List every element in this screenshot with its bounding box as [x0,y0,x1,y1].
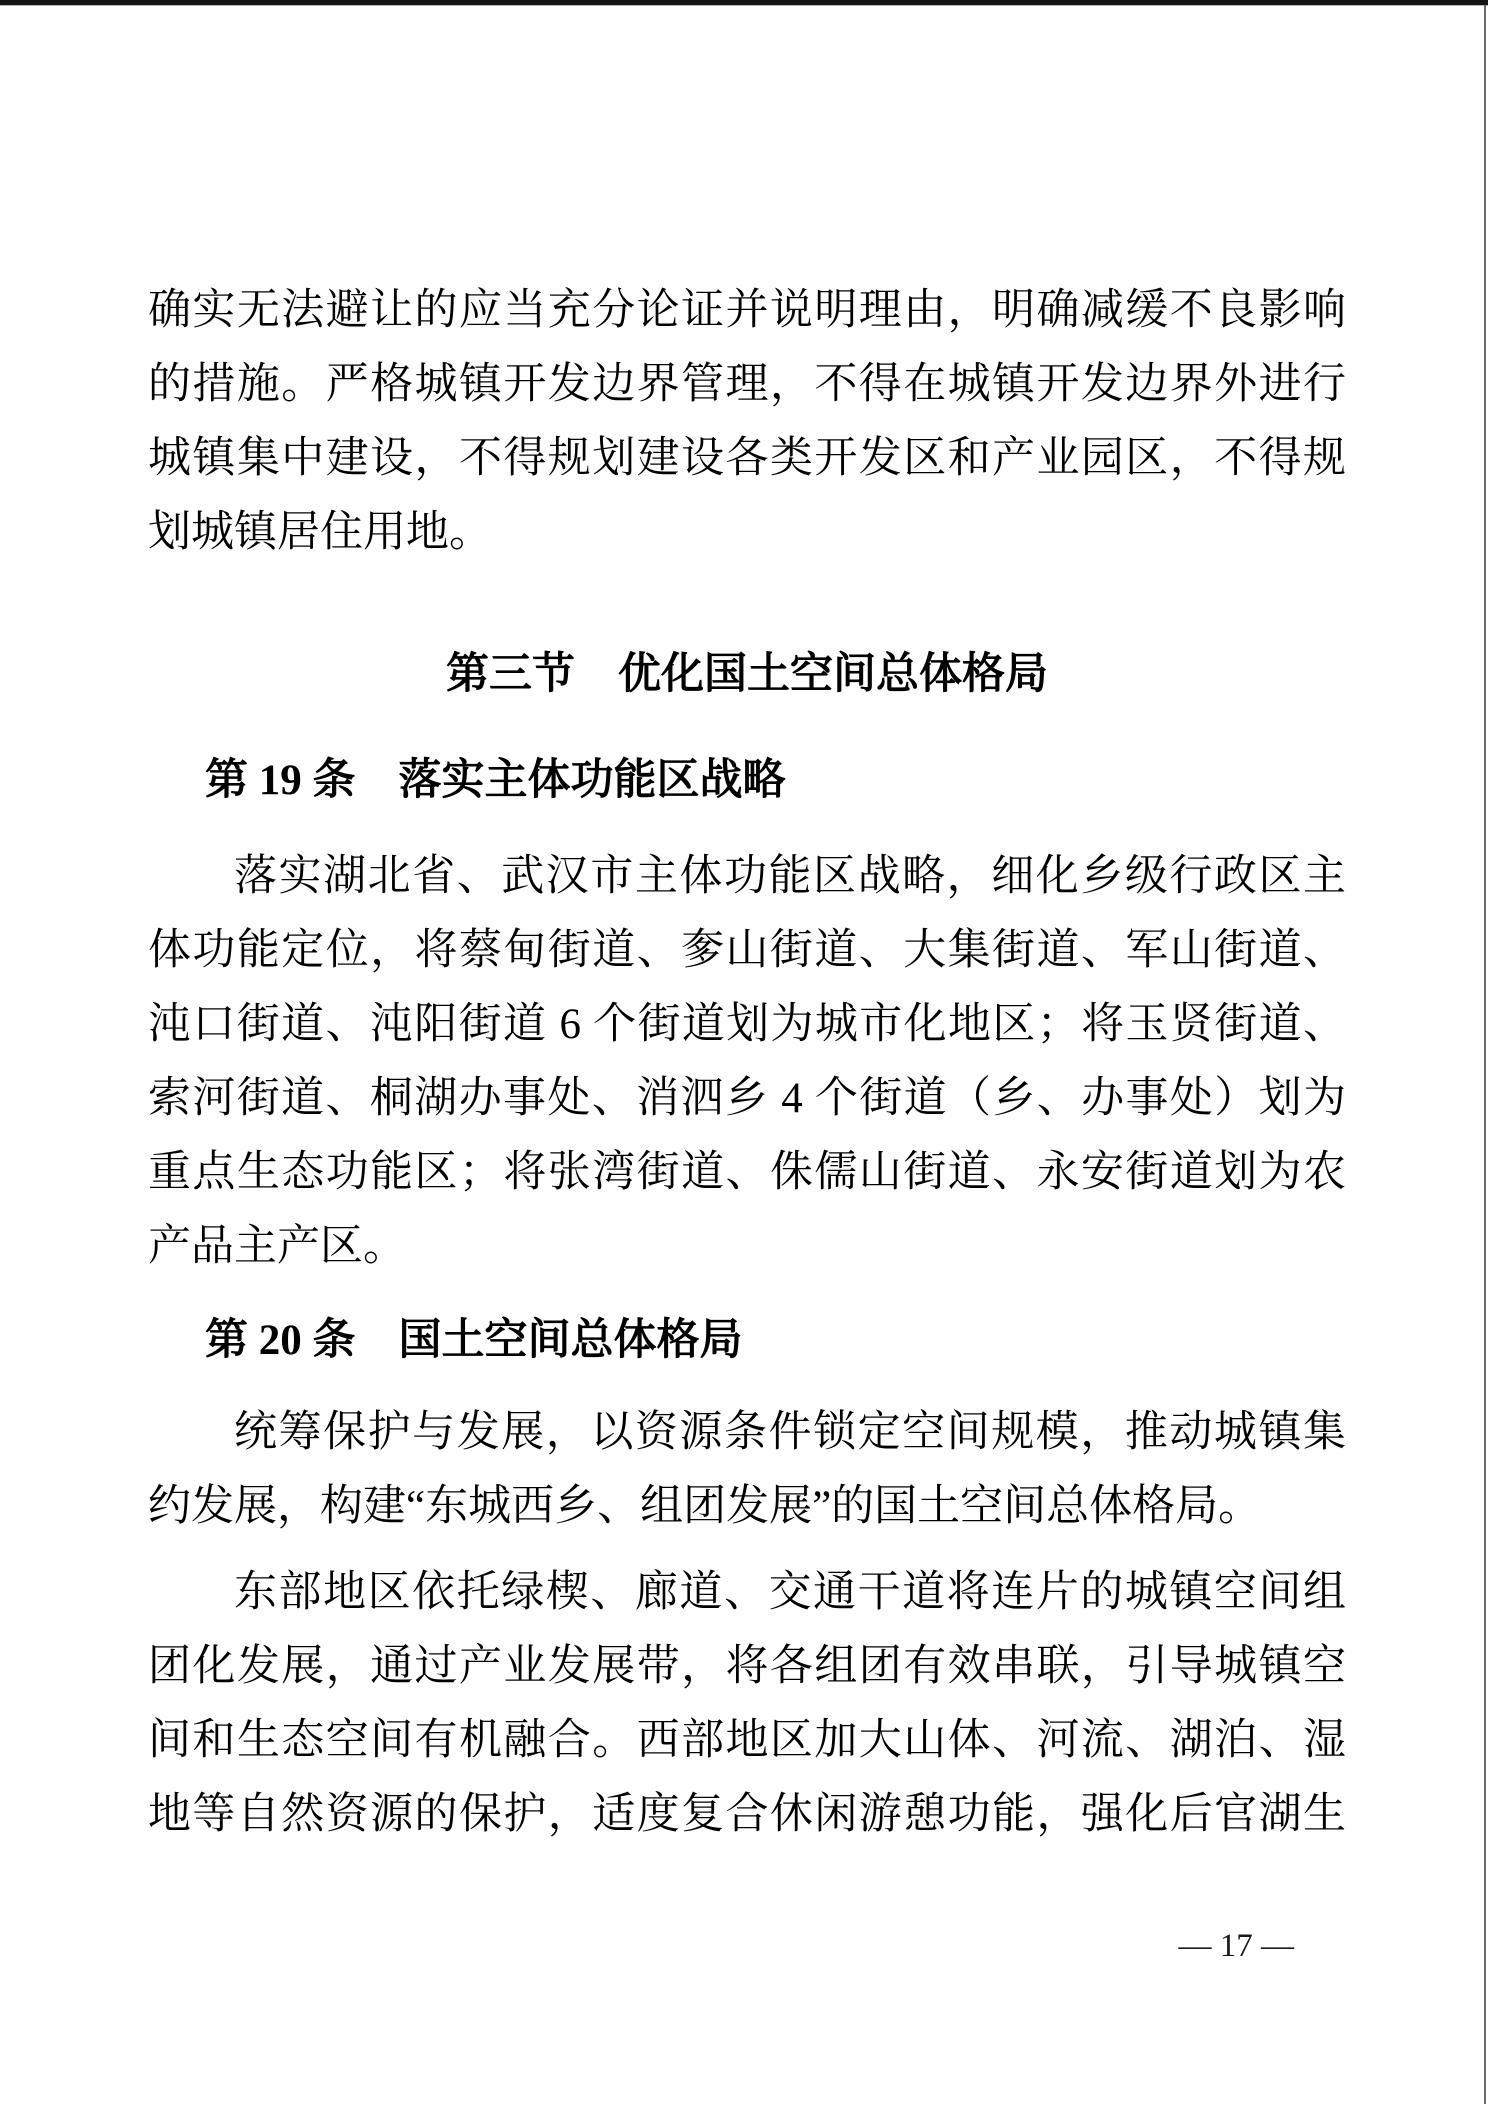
text-line: 划城镇居住用地。 [148,496,1346,570]
text-line: 东部地区依托绿楔、廊道、交通干道将连片的城镇空间组 [148,1556,1346,1630]
text-line: 落实湖北省、武汉市主体功能区战略，细化乡级行政区主 [148,840,1346,914]
scan-top-bar [0,0,1488,6]
text-line: 的措施。严格城镇开发边界管理，不得在城镇开发边界外进行 [148,348,1346,422]
article-20-paragraph-1: 统筹保护与发展，以资源条件锁定空间规模，推动城镇集 约发展，构建“东城西乡、组团… [148,1396,1346,1544]
article-19-heading: 第 19 条 落实主体功能区战略 [148,744,1346,818]
text-line: 间和生态空间有机融合。西部地区加大山体、河流、湖泊、湿 [148,1704,1346,1778]
article-20-paragraph-2: 东部地区依托绿楔、廊道、交通干道将连片的城镇空间组 团化发展，通过产业发展带，将… [148,1556,1346,1852]
text-line: 约发展，构建“东城西乡、组团发展”的国土空间总体格局。 [148,1470,1346,1544]
text-line: 地等自然资源的保护，适度复合休闲游憩功能，强化后官湖生 [148,1778,1346,1852]
text-line: 城镇集中建设，不得规划建设各类开发区和产业园区，不得规 [148,422,1346,496]
page-number: — 17 — [148,1924,1346,1968]
text-line: 产品主产区。 [148,1210,1346,1284]
document-page: 确实无法避让的应当充分论证并说明理由，明确减缓不良影响 的措施。严格城镇开发边界… [0,0,1488,2104]
scan-edge-line [1484,5,1486,2104]
section-heading: 第三节 优化国土空间总体格局 [148,638,1346,712]
article-19-paragraph: 落实湖北省、武汉市主体功能区战略，细化乡级行政区主 体功能定位，将蔡甸街道、奓山… [148,840,1346,1284]
text-line: 确实无法避让的应当充分论证并说明理由，明确减缓不良影响 [148,274,1346,348]
paragraph-continuation: 确实无法避让的应当充分论证并说明理由，明确减缓不良影响 的措施。严格城镇开发边界… [148,274,1346,570]
article-20-heading: 第 20 条 国土空间总体格局 [148,1304,1346,1378]
text-line: 团化发展，通过产业发展带，将各组团有效串联，引导城镇空 [148,1630,1346,1704]
text-line: 索河街道、桐湖办事处、消泗乡 4 个街道（乡、办事处）划为 [148,1062,1346,1136]
text-line: 沌口街道、沌阳街道 6 个街道划为城市化地区；将玉贤街道、 [148,988,1346,1062]
text-line: 重点生态功能区；将张湾街道、侏儒山街道、永安街道划为农 [148,1136,1346,1210]
text-line: 体功能定位，将蔡甸街道、奓山街道、大集街道、军山街道、 [148,914,1346,988]
text-line: 统筹保护与发展，以资源条件锁定空间规模，推动城镇集 [148,1396,1346,1470]
body-text: 确实无法避让的应当充分论证并说明理由，明确减缓不良影响 的措施。严格城镇开发边界… [148,274,1346,1968]
